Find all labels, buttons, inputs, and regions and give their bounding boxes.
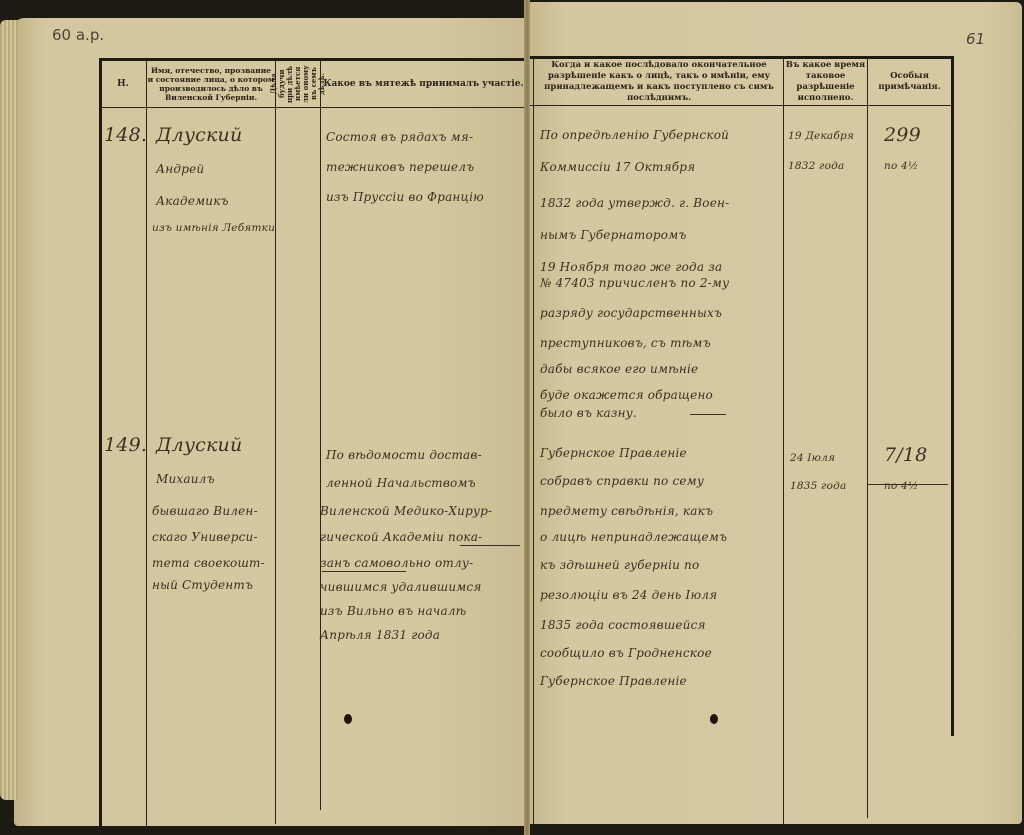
executed-year: 1835 года [790,480,846,492]
table-top-rule-right [530,56,954,59]
strikethrough-mark [460,545,520,546]
resolution-line: № 47403 причисленъ по 2-му [540,276,729,290]
col-divider-2 [275,60,276,824]
resolution-line: 19 Ноября того же года за [540,260,722,274]
person-surname: Длуский [156,124,242,146]
participation-line: По вѣдомости достав- [326,448,482,462]
header-number: Н. [100,62,146,106]
header-name: Имя, отечество, прозвание и состояние ли… [147,62,275,106]
resolution-line: 1835 года состоявшейся [540,618,706,632]
resolution-line: дабы всякое его имѣніе [540,362,698,376]
header-case-location: Дѣла будучи при дѣлѣ имѣется ли оному въ… [276,62,320,106]
participation-line: чившимся удалившимся [320,580,482,594]
resolution-line: буде окажется обращено [540,388,713,402]
executed-date: 19 Декабря [788,130,854,142]
person-surname: Длуский [156,434,242,456]
resolution-line: разряду государственныхъ [540,306,722,320]
col-divider-6 [867,58,868,818]
person-status-line: бывшаго Вилен- [152,504,258,518]
participation-line: ленной Начальствомъ [326,476,476,490]
resolution-line: По опредѣленію Губернской [540,128,729,142]
resolution-line: предмету свѣдѣнія, какъ [540,504,713,518]
executed-date: 24 Іюля [790,452,835,464]
participation-line: изъ Пруссіи во Францію [326,190,484,204]
header-resolution: Когда и какое послѣдовало окончательное … [535,60,783,104]
resolution-line: было въ казну. [540,406,637,420]
participation-line: Апрѣля 1831 года [320,628,440,642]
book-gutter [524,0,530,835]
participation-line: занъ самовольно отлу- [320,556,473,570]
remarks-number: 299 [884,124,921,146]
header-bottom-rule-right [530,105,954,106]
resolution-line: Коммиссіи 17 Октября [540,160,695,174]
participation-line: тежниковъ перешелъ [326,160,474,174]
participation-line: Состоя въ рядахъ мя- [326,130,473,144]
header-remarks: Особыя примѣчанія. [868,60,951,104]
executed-year: 1832 года [788,160,844,172]
participation-line: гической Академіи пока- [320,530,482,544]
strikethrough-mark [322,571,406,572]
remarks-number: 7/18 [884,444,927,466]
row-number: 148. [104,124,147,146]
col-divider-3 [320,60,321,810]
header-bottom-rule-left [100,107,524,108]
end-dash [690,414,726,415]
resolution-line: къ здѣшней губерніи по [540,558,699,572]
resolution-line: Губернское Правленіе [540,674,687,688]
person-status-line: тета своекошт- [152,556,265,570]
resolution-line: преступниковъ, съ тѣмъ [540,336,711,350]
binding-hole-right [710,714,718,724]
participation-line: Виленской Медико-Хирур- [320,504,492,518]
header-executed: Въ какое время таковое разрѣшеніе исполн… [784,60,867,104]
resolution-line: Губернское Правленіе [540,446,687,460]
resolution-line: резолюціи въ 24 день Іюля [540,588,717,602]
person-status-line: скаго Универси- [152,530,258,544]
person-origin: изъ имѣнія Лебятки [152,222,275,234]
header-participation: Какое въ мятежѣ принималъ участіе. [321,62,526,106]
person-first-name: Михаилъ [156,472,215,486]
row-number: 149. [104,434,147,456]
remarks-note: по 4½ [884,160,918,172]
remarks-note: по 4½ [884,480,918,492]
page-edges [0,20,18,800]
resolution-line: нымъ Губернаторомъ [540,228,687,242]
resolution-line: о лицѣ непринадлежащемъ [540,530,727,544]
col-divider-5 [783,58,784,824]
pencil-page-number: 61 [966,30,985,48]
col-divider-4 [533,58,534,824]
resolution-line: собравъ справки по сему [540,474,704,488]
ledger-book-spread: 60 а.р. 61 Н. Имя, отечество, прозвание … [0,0,1024,835]
resolution-line: сообщило въ Гродненское [540,646,712,660]
person-first-name: Андрей [156,162,204,176]
table-top-rule-left [100,58,524,61]
resolution-line: 1832 года утвержд. г. Воен- [540,196,729,210]
table-left-border [99,58,102,828]
pencil-archive-mark: 60 а.р. [52,26,104,44]
participation-line: изъ Вильно въ началѣ [320,604,466,618]
table-right-border [951,56,954,736]
person-status-line: ный Студентъ [152,578,253,592]
person-status: Академикъ [156,194,229,208]
binding-hole-left [344,714,352,724]
